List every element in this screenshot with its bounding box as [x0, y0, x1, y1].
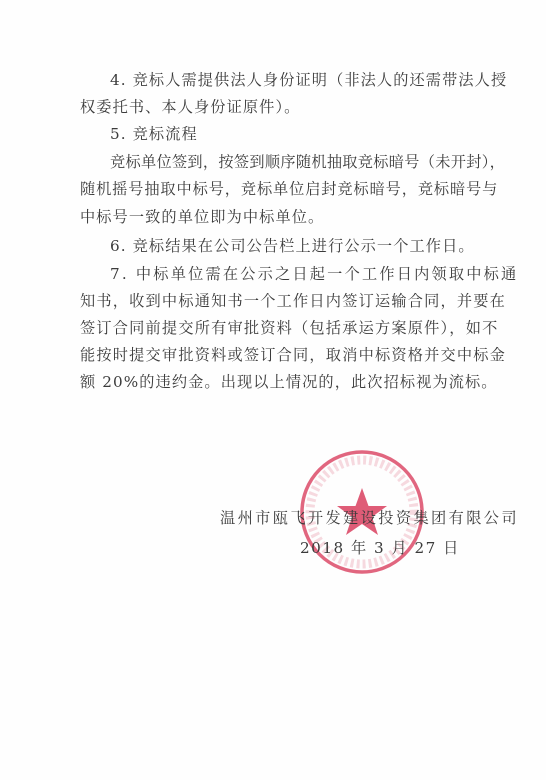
paragraph-line: 能按时提交审批资料或签订合同，取消中标资格并交中标金 [80, 345, 470, 365]
signature-date: 2018 年 3 月 27 日 [300, 538, 460, 558]
paragraph-line: 随机摇号抽取中标号，竞标单位启封竞标暗号，竞标暗号与 [80, 179, 470, 199]
paragraph-line: 额 20%的违约金。出现以上情况的，此次招标视为流标。 [80, 372, 470, 392]
paragraph-line: 竞标单位签到，按签到顺序随机抽取竞标暗号（未开封）， [110, 152, 500, 172]
paragraph-line: 7. 中标单位需在公示之日起一个工作日内领取中标通 [110, 264, 500, 284]
paragraph-line: 4. 竞标人需提供法人身份证明（非法人的还需带法人授 [110, 70, 500, 90]
company-signature: 温州市瓯飞开发建设投资集团有限公司 [220, 508, 519, 528]
paragraph-line: 签订合同前提交所有审批资料（包括承运方案原件），如不 [80, 318, 470, 338]
paragraph-line: 中标号一致的单位即为中标单位。 [80, 207, 470, 227]
paragraph-line: 知书，收到中标通知书一个工作日内签订运输合同，并要在 [80, 291, 470, 311]
paragraph-line: 6. 竞标结果在公司公告栏上进行公示一个工作日。 [110, 236, 500, 256]
document-page: 4. 竞标人需提供法人身份证明（非法人的还需带法人授 权委托书、本人身份证原件）… [0, 0, 546, 780]
paragraph-line: 权委托书、本人身份证原件）。 [80, 97, 470, 117]
section-heading: 5. 竞标流程 [110, 124, 500, 144]
